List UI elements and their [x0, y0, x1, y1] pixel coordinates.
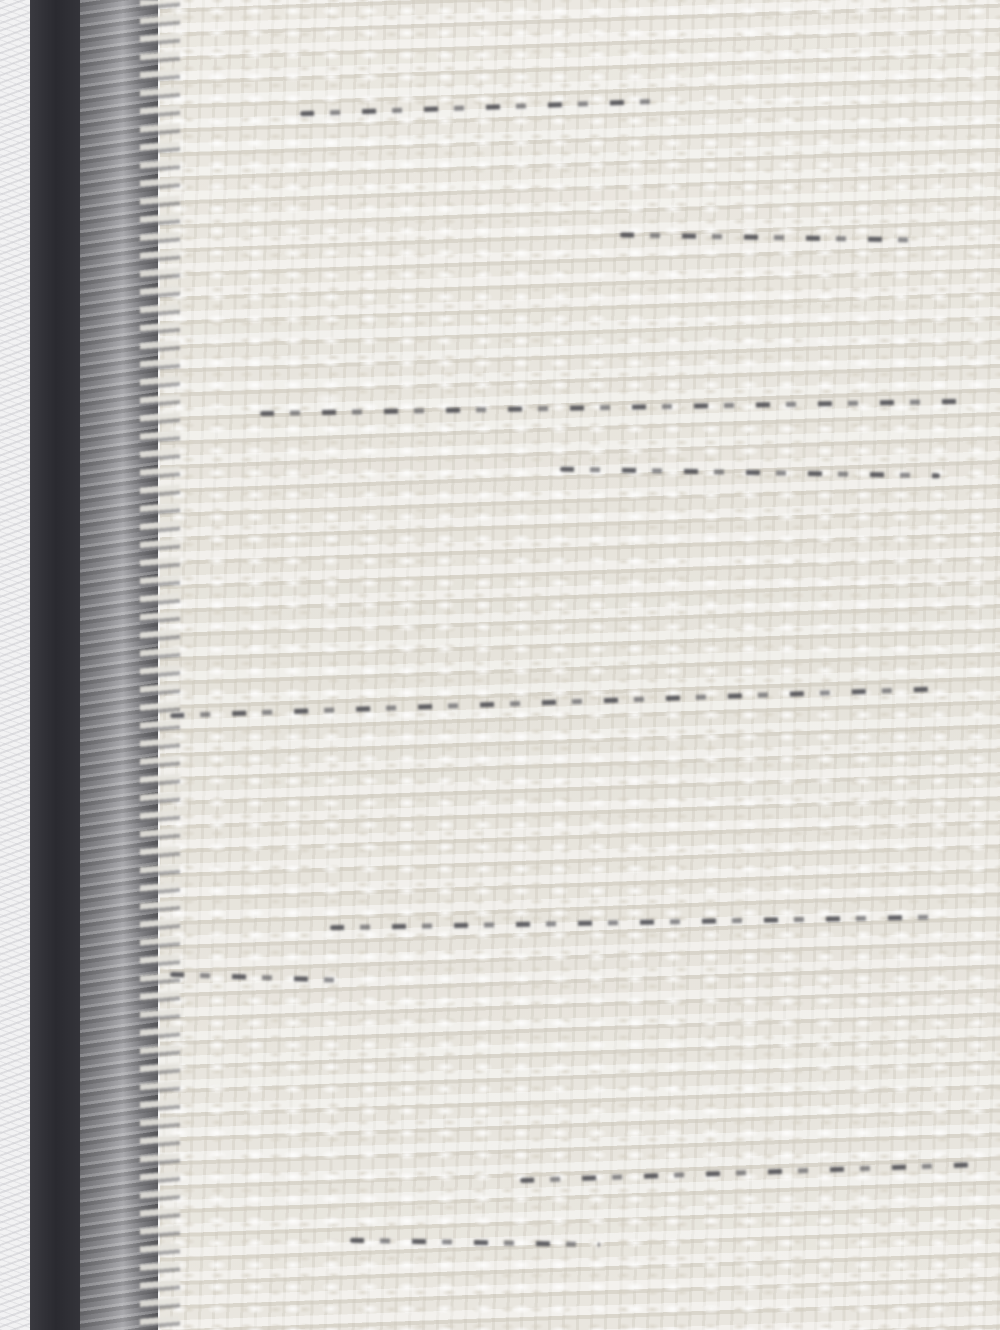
pile-tufts — [160, 0, 1000, 1330]
edge-shadow — [30, 0, 82, 1330]
rug-photo — [0, 0, 1000, 1330]
binding-fringe — [140, 0, 180, 1330]
